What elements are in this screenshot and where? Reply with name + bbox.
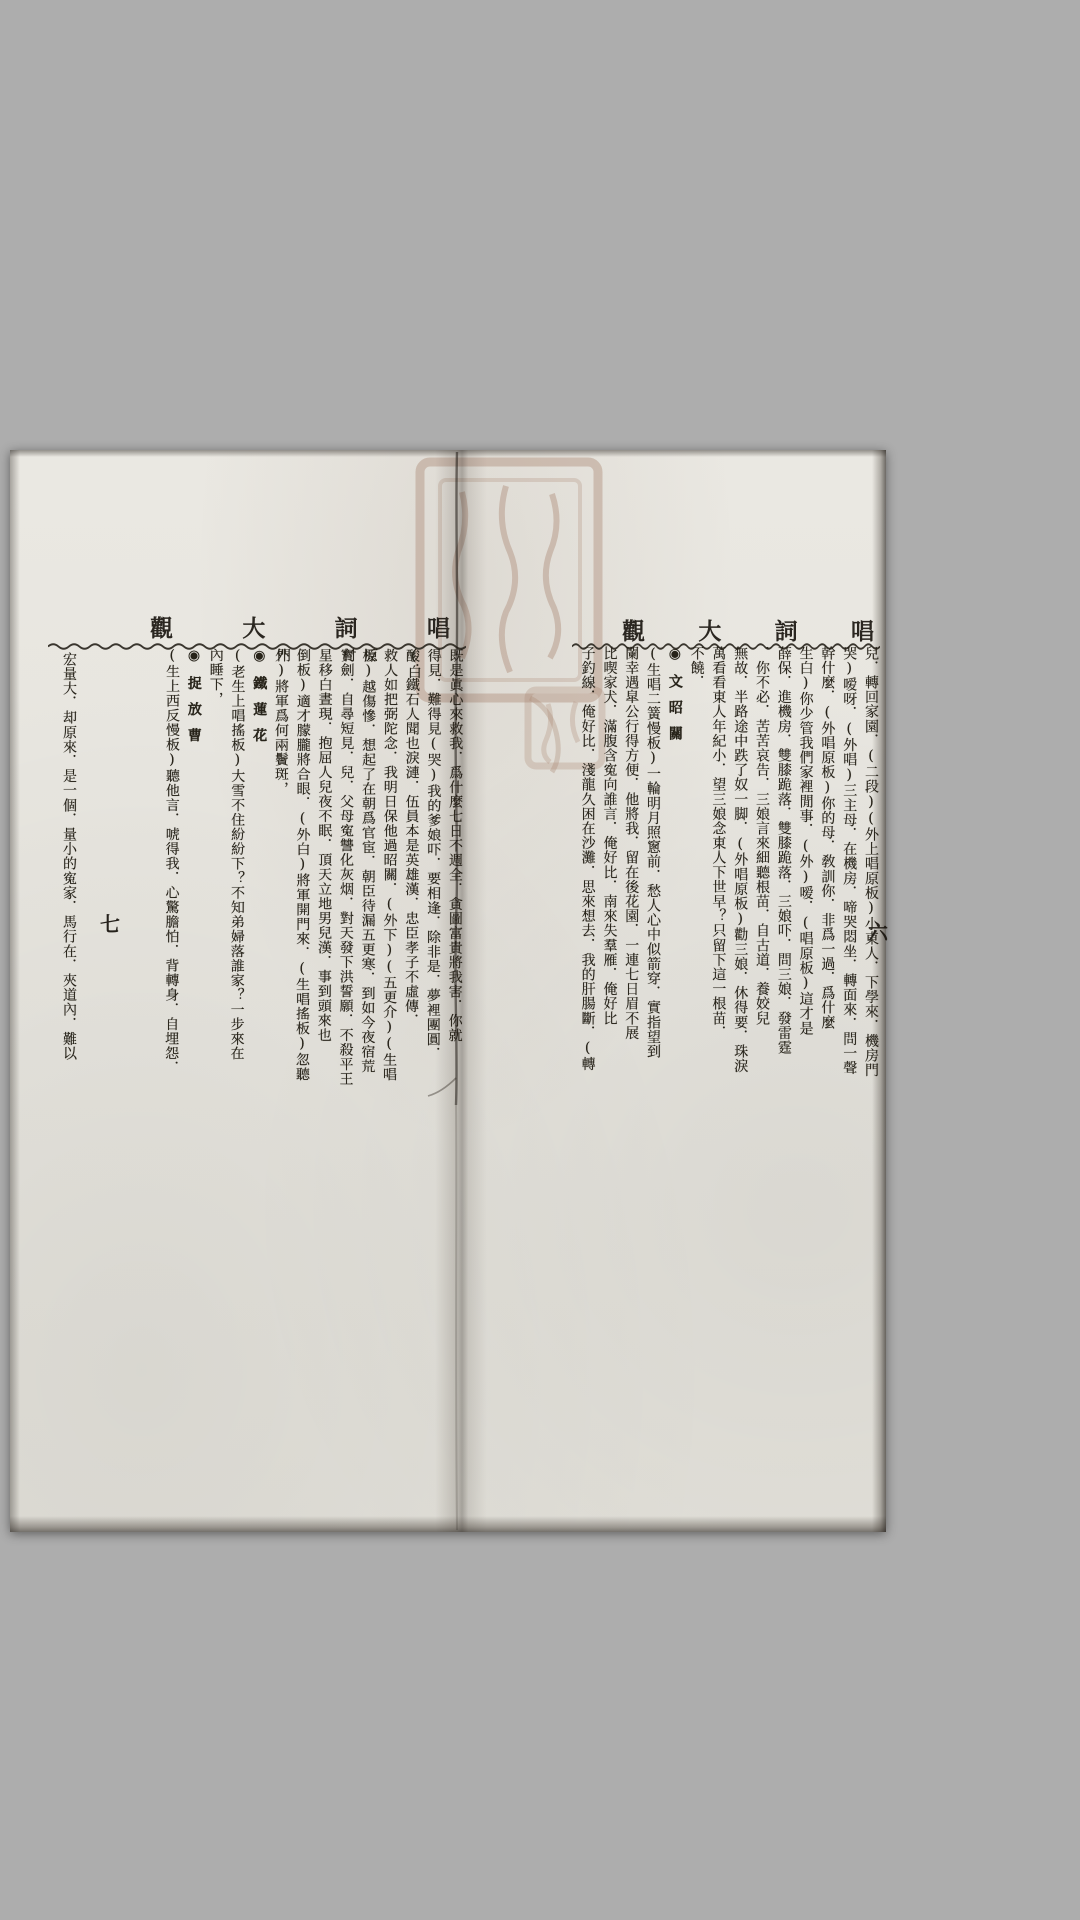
text-column: 內睡下，	[203, 648, 226, 1086]
page-left-last-column: 宏量大．却原來．是一個．量小的寃家．馬行在．夾道內．難以	[57, 652, 79, 1088]
text-column: (老生上唱搖板)大雪不住紛紛下？不知弟婦落誰家？一步來在	[225, 648, 248, 1086]
gutter-corner-fold-mark	[426, 1074, 460, 1100]
page-edge-right-shadow	[872, 450, 886, 1532]
page-number-left: 七	[100, 908, 120, 937]
screenshot-root: { "book": { "title_chars_note": "header …	[0, 0, 1080, 1920]
text-column: (生唱二簧慢板)一輪明月照窻前．愁人心中似箭穿．實指望到	[641, 646, 663, 1084]
section-title-column: ◉鐵蓮花	[246, 648, 269, 1086]
running-title-char: 詞	[335, 610, 358, 643]
running-title-char: 大	[242, 610, 265, 643]
section-title-column: ◉捉放曹	[181, 648, 204, 1086]
text-column: 外)將軍爲何兩鬢斑，	[268, 648, 291, 1086]
page-edge-bottom-shadow	[10, 1516, 886, 1532]
text-column: 薛保．進機房．雙膝跪落．雙膝跪落．三娘吓．問三娘．發雷霆	[772, 646, 794, 1084]
text-column: 比喫家犬．滿腹含寃向誰言．俺好比．南來失羣雁．俺好比	[598, 646, 620, 1084]
text-column: 萬看看東人年紀小．望三娘念東人下世早？只留下這一根苗．	[707, 646, 729, 1084]
text-column: 生白)你少管我們家裡閒事．(外)嗳．(唱原板)這才是	[794, 646, 816, 1084]
page-right-text-block: 兒．轉回家園．(二段)(外上唱原板)小東人．下學來．機房門哭)嗳呀．(外唱)三主…	[575, 646, 881, 1084]
text-column: 寳劍．自尋短見．兒．父母寃讐化灰烟．對天發下洪誓願．不殺平王	[334, 648, 357, 1086]
page-left-running-title: 唱詞大觀	[150, 610, 450, 643]
text-column: 救人如把弼陀念．我明日保他過昭關．(外下)(五更介)(生唱原	[377, 648, 400, 1086]
text-column: 不饒．	[685, 646, 707, 1084]
text-column: ．你不必．苦苦哀告．三娘言來細聽根苗．自古道．養姣兒	[750, 646, 772, 1084]
text-column: 無故．半路途中跌了奴一脚．(外唱原板)勸三娘．休得要．珠淚	[728, 646, 750, 1084]
page-left-text-block: 既是眞心來救我．爲什麼七日不週全．貪圖富貴將我害．你就得見．難得見(哭)我的爹娘…	[156, 648, 465, 1087]
text-column: 哭)嗳呀．(外唱)三主母．在機房．啼哭悶坐．轉面來．問一聲	[837, 646, 859, 1084]
page-gutter-fold-line	[450, 450, 464, 1532]
text-column: 酸．鐵石人聞也淚漣．伍員本是英雄漢．忠臣孝子不虛傳．	[399, 648, 422, 1086]
text-column: 倒板)適才朦朧將合眼．(外白)將軍開門來．(生唱搖板)忽聽門	[290, 648, 313, 1086]
scanned-book-spread: 唱詞大觀 兒．轉回家園．(二段)(外上唱原板)小東人．下學來．機房門哭)嗳呀．(…	[10, 450, 886, 1532]
page-edge-left-shadow	[10, 450, 20, 1532]
text-column: 闌幸遇皐公行得方便．他將我．留在後花園．一連七日眉不展	[619, 646, 641, 1084]
text-column: 子釣線．俺好比．淺龍久困在沙灘．思來想去．我的肝腸斷．(轉	[576, 646, 598, 1084]
text-column: 幹什麼．(外唱原板)你的母．敎訓你．非爲一過．爲什麼	[816, 646, 838, 1084]
text-column: 板)越傷慘．想起了在朝爲官宦．朝臣待漏五更寒．到如今夜宿荒村	[355, 648, 378, 1086]
page-edge-top-shadow	[10, 450, 886, 457]
text-column: (生上西反慢板)聽他言．唬得我．心驚膽怕．背轉身．自埋怨．	[159, 648, 182, 1086]
section-title-column: ◉文昭關	[663, 646, 685, 1084]
text-column: 星移白晝現．抱屈人兒夜不眠．頂天立地男兒漢．事到頭來也	[312, 648, 335, 1086]
running-title-char: 觀	[150, 610, 173, 643]
